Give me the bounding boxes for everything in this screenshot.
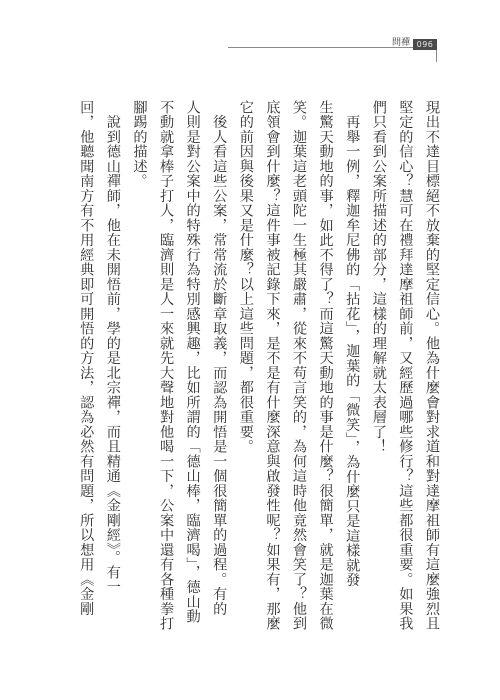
text-column: 不動就拿棒子打人，臨濟則是人一來就先大聲地對他喝一下，公案中還有各種拳打 xyxy=(152,100,179,645)
header-rule xyxy=(228,47,414,48)
text-column: 生驚天動地的事，如此不得了？而這驚天動地的事是什麼？很簡單，就是迦葉在微 xyxy=(312,100,339,645)
text-column: 說到德山禪師，他在未開悟前，學的是北宗禪，而且精通《金剛經》。有一 xyxy=(99,100,126,645)
text-column: 現出不達目標絕不放棄的堅定信心。他為什麼會對求道和對達摩祖師有這麼強烈且 xyxy=(418,100,445,645)
text-column: 腳踢的描述。 xyxy=(126,100,153,645)
page-number-badge: 096 xyxy=(413,39,437,50)
text-column: 再舉一例，釋迦牟尼佛的「拈花」，迦葉的「微笑」，為什麼只是這樣就發 xyxy=(339,100,366,645)
text-column: 們只看到公案所描述的部分，這樣的理解就太表層了！ xyxy=(365,100,392,645)
text-column: 回，他聽聞南方有不用經典即可開悟的方法，認為必然有問題，所以想用《金剛 xyxy=(73,100,100,645)
text-column: 人則是對公案中的特殊行為特別感興趣，比如所謂的「德山棒，臨濟喝」，德山動 xyxy=(179,100,206,645)
text-column: 堅定的信心？慧可在禮拜達摩祖師前，又經歷過哪些修行？這些都很重要。如果我 xyxy=(392,100,419,645)
text-column: 後人看這些公案，常常流於斷章取義，而認為開悟是一個很簡單的過程。有的 xyxy=(206,100,233,645)
running-header-title: 問禪 xyxy=(392,38,410,49)
vertical-body-text: 現出不達目標絕不放棄的堅定信心。他為什麼會對求道和對達摩祖師有這麼強烈且 堅定的… xyxy=(73,100,445,645)
text-column: 它的前因與後果又是什麼？以上這些問題，都很重要。 xyxy=(232,100,259,645)
text-column: 底領會到什麼？這件事被記錄下來，是不是有什麼深意與啟發性呢？如果有，那麼 xyxy=(259,100,286,645)
header-vertical-rule xyxy=(436,50,437,62)
text-column: 笑。迦葉這老頭陀一生極其嚴肅，從來不苟言笑的，為何這時他竟然會笑了？他到 xyxy=(285,100,312,645)
